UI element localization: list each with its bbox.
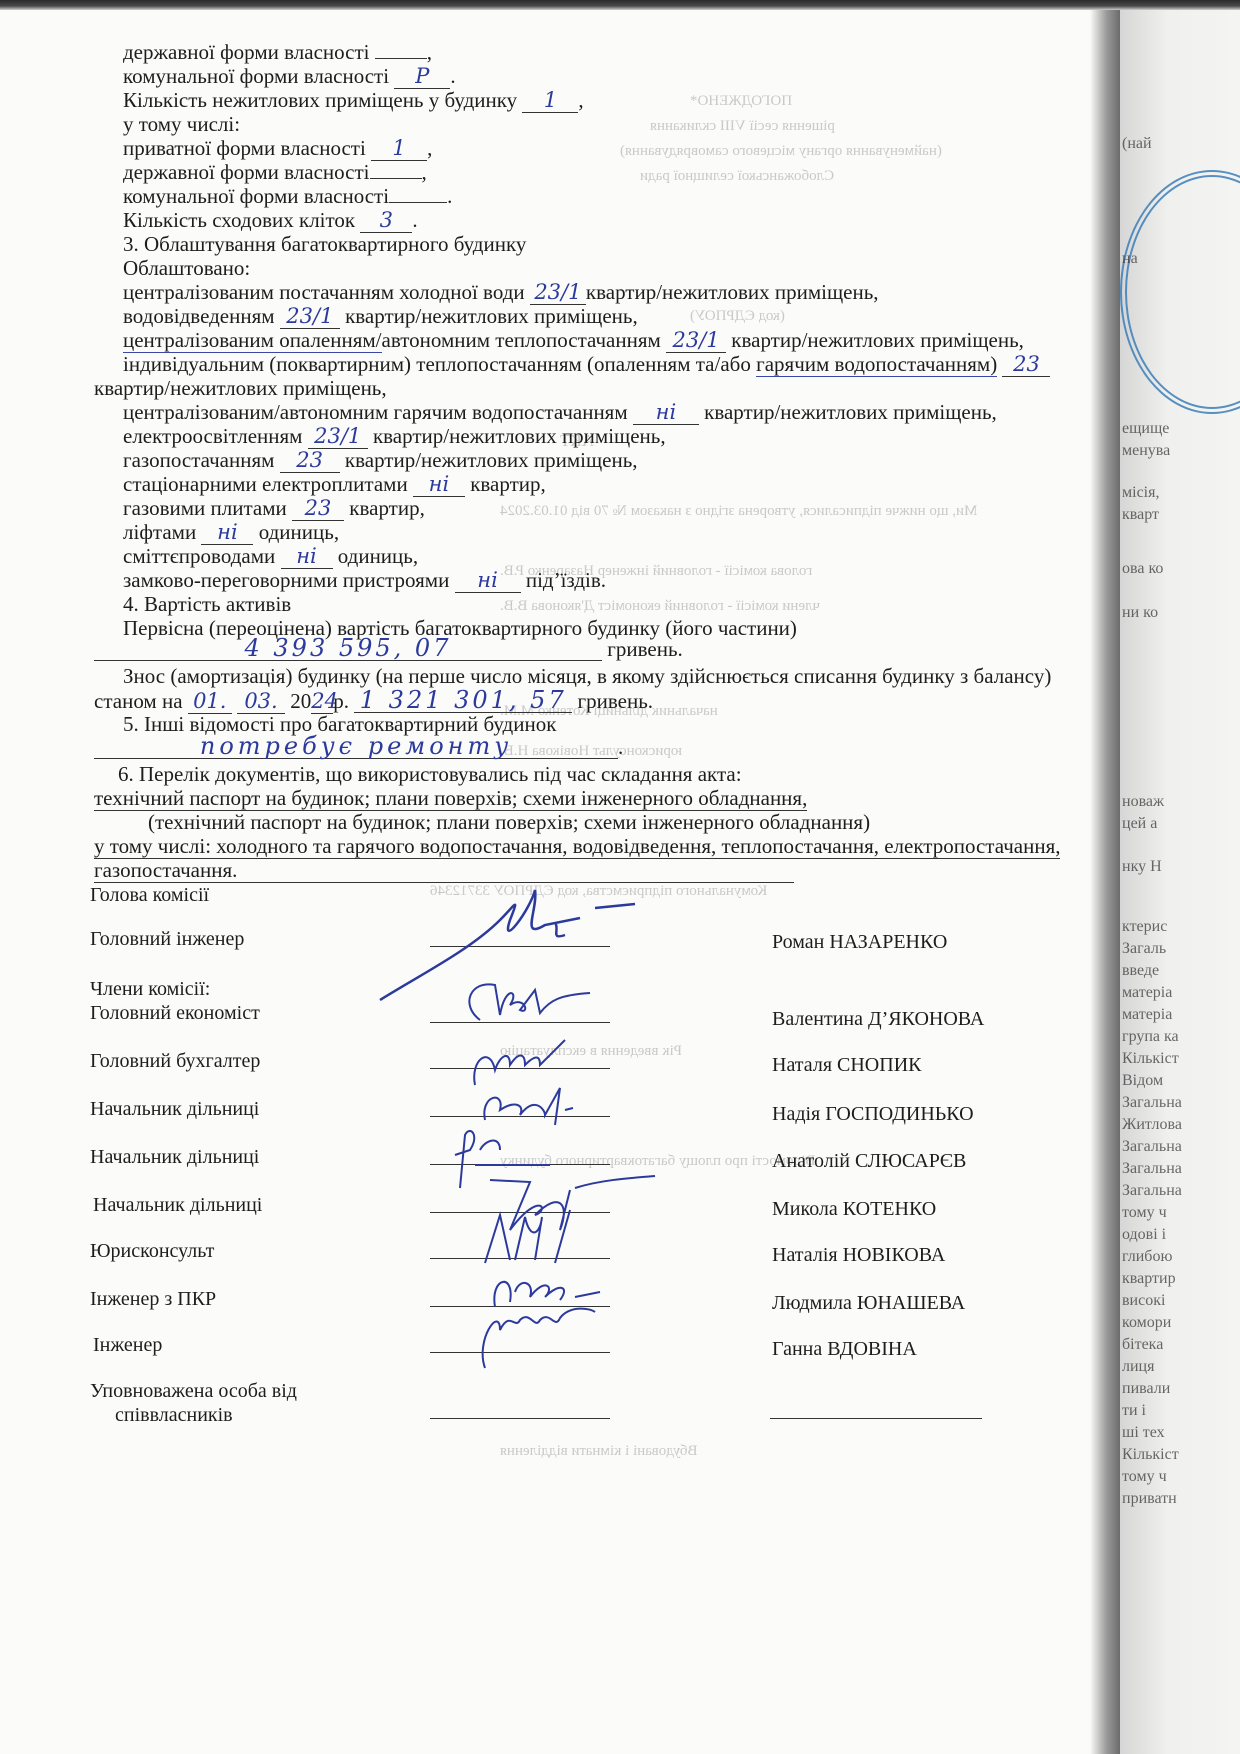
individual-heating-line-cont: квартир/нежитлових приміщень, [94,376,387,400]
section-3-subtitle: Облаштовано: [123,256,250,280]
bleed-through-text: ПОГОДЖЕНО* [690,90,792,112]
adjacent-page-text: бітека [1122,1336,1163,1354]
bleed-through-text: Ми, що нижче підписалися, утворена згідн… [500,500,977,522]
adjacent-page-text: Кількіст [1122,1446,1179,1464]
adjacent-page-text: нку Н [1122,858,1162,876]
state-ownership-line-2: державної форми власності, [123,160,427,184]
adjacent-page-text: кварт [1122,506,1159,524]
bleed-through-text: члени комісії - головний економіст Д'яко… [500,595,820,617]
bleed-through-text: (найменування органу місцевого самовряду… [620,140,942,162]
members-label: Члени комісії: [90,978,210,1001]
role-label: Начальник дільниці [90,1146,259,1169]
adjacent-page-text: ші тех [1122,1424,1165,1442]
other-info-line: потребує ремонту. [94,734,623,759]
handwritten-value: 23/1 [666,328,726,353]
binding-gutter [1090,10,1120,1754]
role-label: Інженер з ПКР [90,1288,216,1311]
section-3-title: 3. Облаштування багатоквартирного будинк… [123,232,526,256]
adjacent-page-text: місія, [1122,484,1159,502]
nonresidential-count-line: Кількість нежитлових приміщень у будинку… [123,88,584,113]
initial-cost-value: 4 393 595, 07 [94,636,602,661]
bleed-through-text: (код ЄДРПОУ) [690,305,785,327]
adjacent-page-text: група ка [1122,1028,1179,1046]
adjacent-page-text: комори [1122,1314,1171,1332]
adjacent-page-text: квартир [1122,1270,1176,1288]
handwritten-year: 24 [311,689,333,714]
signatory-name: Ганна ВДОВІНА [772,1338,917,1361]
section-4-title: 4. Вартість активів [123,592,291,616]
initial-cost-line: 4 393 595, 07 гривень. [94,636,683,661]
role-label: Юрисконсульт [90,1240,214,1263]
adjacent-page-text: Загальна [1122,1182,1182,1200]
gas-stoves-line: газовими плитами 23 квартир, [123,496,425,521]
including-label: у тому числі: [123,112,240,136]
bleed-through-text: Вбудовані і кімнати відділення [500,1440,698,1462]
adjacent-page-text: пивали [1122,1380,1170,1398]
adjacent-page-text: матеріа [1122,984,1172,1002]
name-line [770,1418,982,1419]
section-6-title: 6. Перелік документів, що використовувал… [118,762,742,786]
documents-hint: (технічний паспорт на будинок; плани пов… [148,810,870,834]
role-label: Головний інженер [90,928,244,951]
documents-line-2: у тому числі: холодного та гарячого водо… [94,834,1060,858]
adjacent-page-text: Відом [1122,1072,1163,1090]
handwritten-value: 1 [522,88,578,113]
adjacent-page-text: Кількіст [1122,1050,1179,1068]
bleed-through-text: Слобожанської селищної ради [640,165,834,187]
signature-scribble-icon [470,1205,590,1265]
stairwell-count-line: Кількість сходових кліток 3. [123,208,418,233]
electric-lighting-line: електроосвітленням 23/1 квартир/нежитлов… [123,424,666,449]
handwritten-value: 1 [371,136,427,161]
drainage-line: водовідведенням 23/1 квартир/нежитлових … [123,304,638,329]
handwritten-month: 03. [237,689,285,714]
signature-line [430,1418,610,1419]
coowner-label-2: співвласників [115,1404,233,1427]
handwritten-value: 23 [292,496,344,521]
handwritten-day: 01. [188,689,232,714]
adjacent-page-text: ова ко [1122,560,1163,578]
handwritten-value: 23 [280,448,340,473]
signatory-name: Валентина Д’ЯКОНОВА [772,1008,984,1031]
adjacent-page-text: ктерис [1122,918,1167,936]
handwritten-value: ні [633,400,699,425]
signature-scribble-icon [450,975,620,1035]
adjacent-page-text: тому ч [1122,1204,1167,1222]
adjacent-page-text: Загальна [1122,1094,1182,1112]
adjacent-page-text: введе [1122,962,1159,980]
scan-top-edge [0,0,1240,10]
signatory-name: Людмила ЮНАШЕВА [772,1292,965,1315]
adjacent-page-text: ти і [1122,1402,1146,1420]
adjacent-page-text: високі [1122,1292,1165,1310]
signatory-name: Роман НАЗАРЕНКО [772,931,947,954]
signatory-name: Наталя СНОПИК [772,1054,921,1077]
coowner-label-1: Уповноважена особа від [90,1380,297,1403]
adjacent-page-text: приватн [1122,1490,1177,1508]
garbage-chutes-line: сміттєпроводами ні одиниць, [123,544,418,569]
adjacent-page-text: одові і [1122,1226,1166,1244]
chair-label: Голова комісії [90,884,209,907]
signatory-name: Наталія НОВІКОВА [772,1244,945,1267]
elevators-line: ліфтами ні одиниць, [123,520,339,545]
electric-stoves-line: стаціонарними електроплитами ні квартир, [123,472,546,497]
private-ownership-line: приватної форми власності 1, [123,136,432,161]
bleed-through-text: рішення сесії VIII скликання [650,115,835,137]
handwritten-value: ні [281,544,333,569]
central-heating-line: централізованим опаленням/автономним теп… [123,328,1024,353]
signature-scribble-icon [460,1300,610,1370]
role-label: Головний економіст [90,1002,260,1025]
adjacent-page-text: Житлова [1122,1116,1182,1134]
handwritten-value: ні [413,472,465,497]
role-label: Головний бухгалтер [90,1050,260,1073]
adjacent-page-text: тому ч [1122,1468,1167,1486]
adjacent-page-text: глибою [1122,1248,1172,1266]
handwritten-value: 23/1 [308,424,368,449]
adjacent-page-text: на [1122,250,1138,268]
adjacent-page-text: Загаль [1122,940,1166,958]
communal-ownership-line: комунальної форми власності Р. [123,64,456,89]
handwritten-value: 23 [1002,352,1050,377]
adjacent-page-text: Загальна [1122,1160,1182,1178]
handwritten-value: 23/1 [530,280,586,305]
handwritten-value: ні [201,520,253,545]
adjacent-page-text: (най [1122,135,1152,153]
adjacent-page-text: матеріа [1122,1006,1172,1024]
adjacent-page-text: менува [1122,442,1170,460]
handwritten-value: 23/1 [280,304,340,329]
handwritten-value: ні [455,568,521,593]
adjacent-page-text: Загальна [1122,1138,1182,1156]
adjacent-page-text: ни ко [1122,604,1158,622]
communal-ownership-line-2: комунальної форми власності. [123,184,452,208]
role-label: Начальник дільниці [93,1194,262,1217]
adjacent-page-text: ещище [1122,420,1169,438]
signatory-name: Надія ГОСПОДИНЬКО [772,1103,974,1126]
documents-line-1: технічний паспорт на будинок; плани пове… [94,786,807,810]
role-label: Начальник дільниці [90,1098,259,1121]
individual-heating-line: індивідуальним (поквартирним) теплопоста… [123,352,1050,377]
signatory-name: Микола КОТЕНКО [772,1198,936,1221]
other-info-value: потребує ремонту [94,734,618,759]
state-ownership-line: державної форми власності , [123,40,432,64]
handwritten-value: 3 [360,208,412,233]
depreciation-value: 1 321 301, 57 [354,688,572,713]
adjacent-page-text: новаж [1122,793,1164,811]
cold-water-line: централізованим постачанням холодної вод… [123,280,879,305]
adjacent-page-text: цей а [1122,815,1157,833]
role-label: Інженер [93,1334,162,1357]
depreciation-line: станом на 01. 03. 2024р. 1 321 301, 57 г… [94,688,653,714]
intercoms-line: замково-переговорними пристроями ні під’… [123,568,606,593]
handwritten-value: Р [394,64,450,89]
hot-water-line: централізованим/автономним гарячим водоп… [123,400,997,425]
signatory-name: Анатолій СЛЮСАРЄВ [772,1150,966,1173]
gas-supply-line: газопостачанням 23 квартир/нежитлових пр… [123,448,638,473]
adjacent-page-text: лиця [1122,1358,1154,1376]
depreciation-label: Знос (амортизація) будинку (на перше чис… [123,664,1051,688]
